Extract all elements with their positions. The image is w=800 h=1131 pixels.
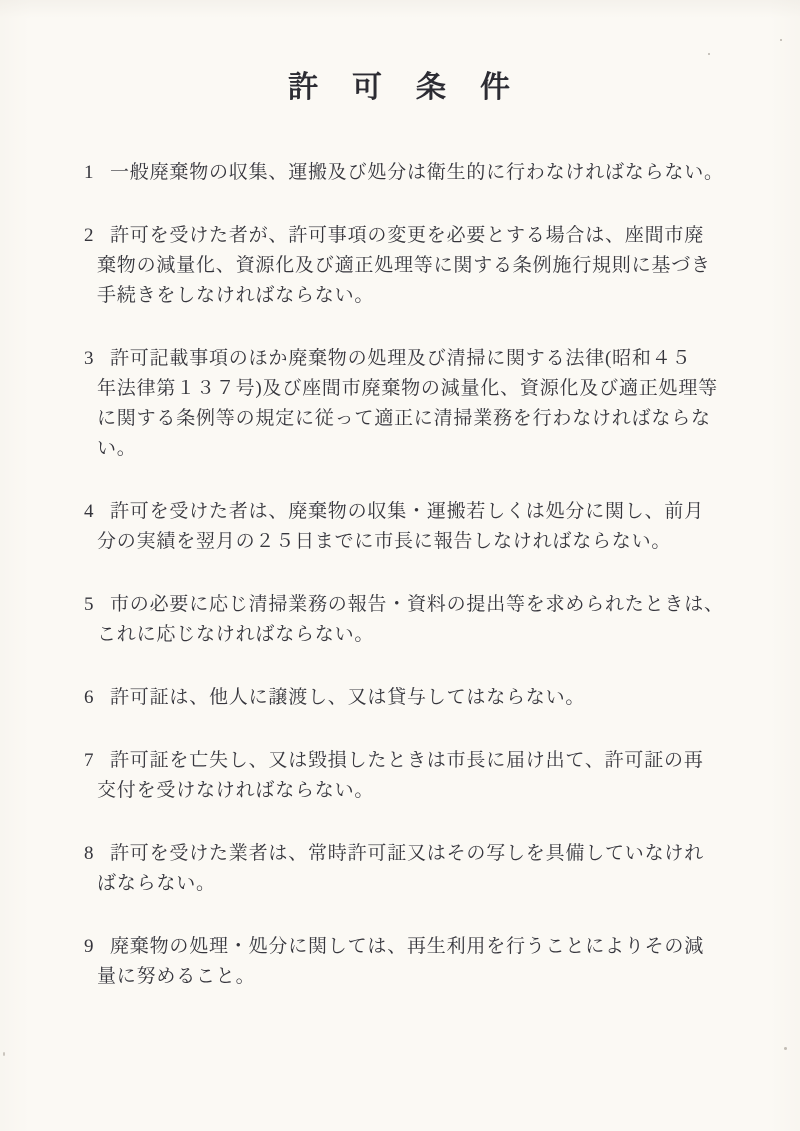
condition-text: ばならない。	[97, 873, 216, 894]
condition-line: ばならない。	[84, 869, 760, 899]
condition-line: 8許可を受けた業者は、常時許可証又はその写しを具備していなけれ	[84, 839, 760, 869]
item-number: 1	[84, 158, 110, 188]
condition-text: 許可を受けた業者は、常時許可証又はその写しを具備していなけれ	[110, 843, 704, 864]
condition-text: 棄物の減量化、資源化及び適正処理等に関する条例施行規則に基づき	[97, 255, 711, 276]
condition-text: これに応じなければならない。	[97, 624, 374, 645]
condition-line: 交付を受けなければならない。	[84, 776, 760, 806]
condition-text: 手続きをしなければならない。	[97, 285, 374, 306]
condition-line: 棄物の減量化、資源化及び適正処理等に関する条例施行規則に基づき	[84, 251, 760, 281]
condition-item: 3許可記載事項のほか廃棄物の処理及び清掃に関する法律(昭和４５年法律第１３７号)…	[84, 344, 760, 464]
condition-text: 許可を受けた者は、廃棄物の収集・運搬若しくは処分に関し、前月	[110, 501, 704, 522]
condition-line: に関する条例等の規定に従って適正に清掃業務を行わなければならな	[84, 404, 760, 434]
condition-text: 許可証を亡失し、又は毀損したときは市長に届け出て、許可証の再	[110, 750, 704, 771]
condition-text: 分の実績を翌月の２５日までに市長に報告しなければならない。	[97, 531, 671, 552]
item-number: 8	[84, 839, 110, 869]
condition-line: 量に努めること。	[84, 962, 760, 992]
condition-text: 許可記載事項のほか廃棄物の処理及び清掃に関する法律(昭和４５	[110, 348, 691, 369]
condition-item: 7許可証を亡失し、又は毀損したときは市長に届け出て、許可証の再交付を受けなければ…	[84, 746, 760, 806]
condition-line: 手続きをしなければならない。	[84, 281, 760, 311]
condition-line: 4許可を受けた者は、廃棄物の収集・運搬若しくは処分に関し、前月	[84, 497, 760, 527]
document-title: 許 可 条 件	[0, 73, 800, 103]
scan-speck	[3, 1052, 5, 1056]
item-number: 7	[84, 746, 110, 776]
condition-item: 2許可を受けた者が、許可事項の変更を必要とする場合は、座間市廃棄物の減量化、資源…	[84, 221, 760, 311]
conditions-list: 1一般廃棄物の収集、運搬及び処分は衛生的に行わなければならない。2許可を受けた者…	[0, 158, 800, 992]
condition-text: に関する条例等の規定に従って適正に清掃業務を行わなければならな	[97, 408, 711, 429]
condition-line: 6許可証は、他人に譲渡し、又は貸与してはならない。	[84, 683, 760, 713]
item-number: 5	[84, 590, 110, 620]
condition-line: 3許可記載事項のほか廃棄物の処理及び清掃に関する法律(昭和４５	[84, 344, 760, 374]
scan-speck	[708, 53, 710, 55]
condition-line: 1一般廃棄物の収集、運搬及び処分は衛生的に行わなければならない。	[84, 158, 760, 188]
condition-text: 廃棄物の処理・処分に関しては、再生利用を行うことによりその減	[110, 936, 704, 957]
condition-text: 市の必要に応じ清掃業務の報告・資料の提出等を求められたときは、	[110, 594, 724, 615]
item-number: 9	[84, 932, 110, 962]
condition-line: 年法律第１３７号)及び座間市廃棄物の減量化、資源化及び適正処理等	[84, 374, 760, 404]
condition-item: 4許可を受けた者は、廃棄物の収集・運搬若しくは処分に関し、前月分の実績を翌月の２…	[84, 497, 760, 557]
scan-speck	[784, 1047, 787, 1050]
condition-line: 2許可を受けた者が、許可事項の変更を必要とする場合は、座間市廃	[84, 221, 760, 251]
condition-text: 年法律第１３７号)及び座間市廃棄物の減量化、資源化及び適正処理等	[97, 378, 718, 399]
item-number: 6	[84, 683, 110, 713]
condition-item: 9廃棄物の処理・処分に関しては、再生利用を行うことによりその減量に努めること。	[84, 932, 760, 992]
condition-item: 6許可証は、他人に譲渡し、又は貸与してはならない。	[84, 683, 760, 713]
condition-item: 1一般廃棄物の収集、運搬及び処分は衛生的に行わなければならない。	[84, 158, 760, 188]
condition-line: 9廃棄物の処理・処分に関しては、再生利用を行うことによりその減	[84, 932, 760, 962]
item-number: 3	[84, 344, 110, 374]
scanned-page: 許 可 条 件 1一般廃棄物の収集、運搬及び処分は衛生的に行わなければならない。…	[0, 0, 800, 1131]
condition-text: 交付を受けなければならない。	[97, 780, 374, 801]
condition-line: これに応じなければならない。	[84, 620, 760, 650]
item-number: 4	[84, 497, 110, 527]
item-number: 2	[84, 221, 110, 251]
scan-speck	[780, 39, 782, 41]
condition-text: 量に努めること。	[97, 966, 255, 987]
condition-item: 5市の必要に応じ清掃業務の報告・資料の提出等を求められたときは、これに応じなけれ…	[84, 590, 760, 650]
condition-text: い。	[97, 438, 137, 459]
condition-line: 分の実績を翌月の２５日までに市長に報告しなければならない。	[84, 527, 760, 557]
condition-line: い。	[84, 434, 760, 464]
condition-line: 5市の必要に応じ清掃業務の報告・資料の提出等を求められたときは、	[84, 590, 760, 620]
condition-item: 8許可を受けた業者は、常時許可証又はその写しを具備していなければならない。	[84, 839, 760, 899]
condition-text: 一般廃棄物の収集、運搬及び処分は衛生的に行わなければならない。	[110, 162, 724, 183]
condition-text: 許可証は、他人に譲渡し、又は貸与してはならない。	[110, 687, 585, 708]
condition-text: 許可を受けた者が、許可事項の変更を必要とする場合は、座間市廃	[110, 225, 704, 246]
condition-line: 7許可証を亡失し、又は毀損したときは市長に届け出て、許可証の再	[84, 746, 760, 776]
